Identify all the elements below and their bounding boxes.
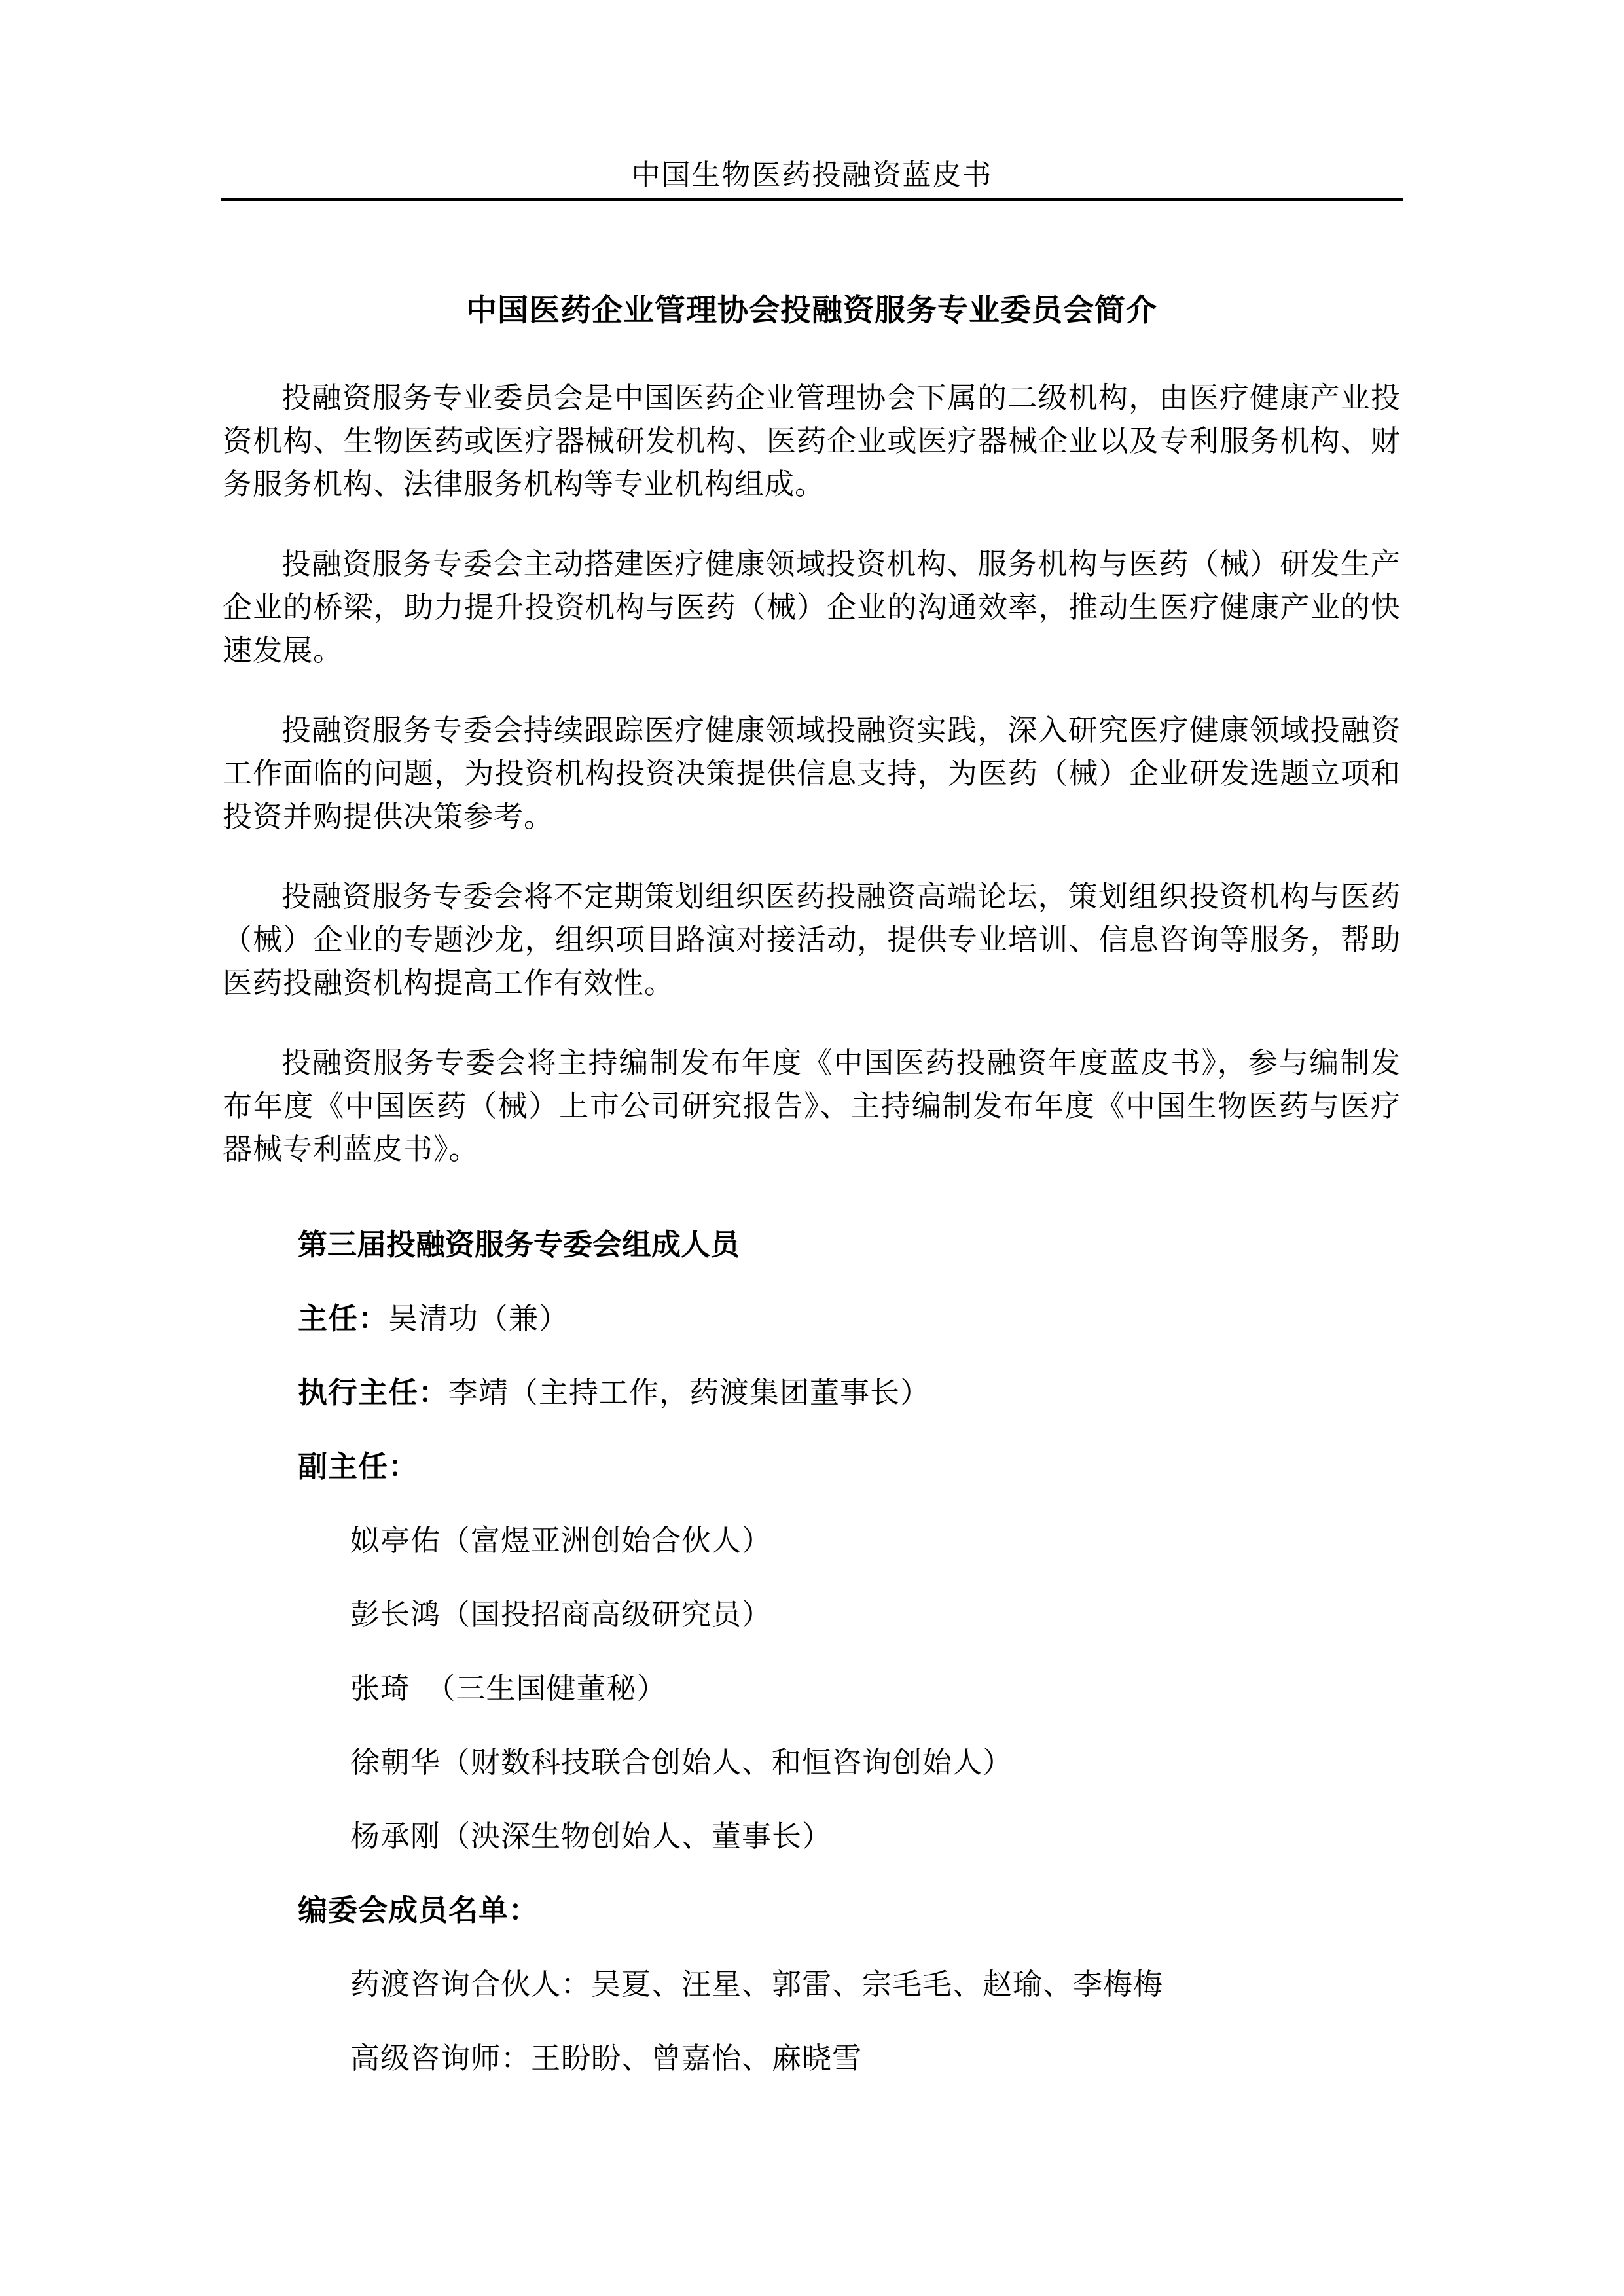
vice-member-row: 彭长鸿（国投招商高级研究员） [223,1593,1401,1636]
chairman-label: 主任： [298,1302,388,1335]
vice-member-row: 张琦 （三生国健董秘） [223,1667,1401,1710]
roster-heading: 第三届投融资服务专委会组成人员 [223,1223,1401,1266]
paragraph-bridge-building: 投融资服务专委会主动搭建医疗健康领域投资机构、服务机构与医药（械）研发生产企业的… [223,543,1401,672]
paragraph-forums-services: 投融资服务专委会将不定期策划组织医药投融资高端论坛，策划组织投资机构与医药（械）… [223,875,1401,1005]
paragraph-research-tracking: 投融资服务专委会持续跟踪医疗健康领域投融资实践，深入研究医疗健康领域投融资工作面… [223,709,1401,838]
vice-chairman-label: 副主任： [298,1450,418,1483]
vice-member-row: 姒亭佑（富煜亚洲创始合伙人） [223,1519,1401,1562]
page-content: 中国医药企业管理协会投融资服务专业委员会简介 投融资服务专业委员会是中国医药企业… [223,291,1401,2080]
editorial-member-row: 高级咨询师：王盼盼、曾嘉怡、麻晓雪 [223,2037,1401,2080]
paragraph-committee-composition: 投融资服务专业委员会是中国医药企业管理协会下属的二级机构，由医疗健康产业投资机构… [223,376,1401,506]
vice-member-row: 徐朝华（财数科技联合创始人、和恒咨询创始人） [223,1741,1401,1784]
editorial-member-row: 药渡咨询合伙人：吴夏、汪星、郭雷、宗毛毛、赵瑜、李梅梅 [223,1963,1401,2006]
vice-member-row: 杨承刚（泱深生物创始人、董事长） [223,1815,1401,1858]
roster-line-vice-chairman: 副主任： [223,1445,1401,1488]
document-page: 中国生物医药投融资蓝皮书 中国医药企业管理协会投融资服务专业委员会简介 投融资服… [0,0,1624,2296]
header-rule-divider [221,198,1403,201]
exec-chairman-label: 执行主任： [298,1376,448,1409]
editorial-board-label: 编委会成员名单： [298,1894,539,1927]
body-paragraphs: 投融资服务专业委员会是中国医药企业管理协会下属的二级机构，由医疗健康产业投资机构… [223,376,1401,1171]
chairman-name: 吴清功（兼） [388,1302,569,1335]
exec-chairman-name: 李靖（主持工作，药渡集团董事长） [448,1376,930,1409]
roster-line-exec-chairman: 执行主任：李靖（主持工作，药渡集团董事长） [223,1371,1401,1414]
running-header: 中国生物医药投融资蓝皮书 [0,156,1624,195]
roster-line-chairman: 主任：吴清功（兼） [223,1297,1401,1340]
page-title: 中国医药企业管理协会投融资服务专业委员会简介 [223,291,1401,331]
roster-line-editorial-board: 编委会成员名单： [223,1889,1401,1932]
paragraph-publications: 投融资服务专委会将主持编制发布年度《中国医药投融资年度蓝皮书》，参与编制发布年度… [223,1041,1401,1171]
